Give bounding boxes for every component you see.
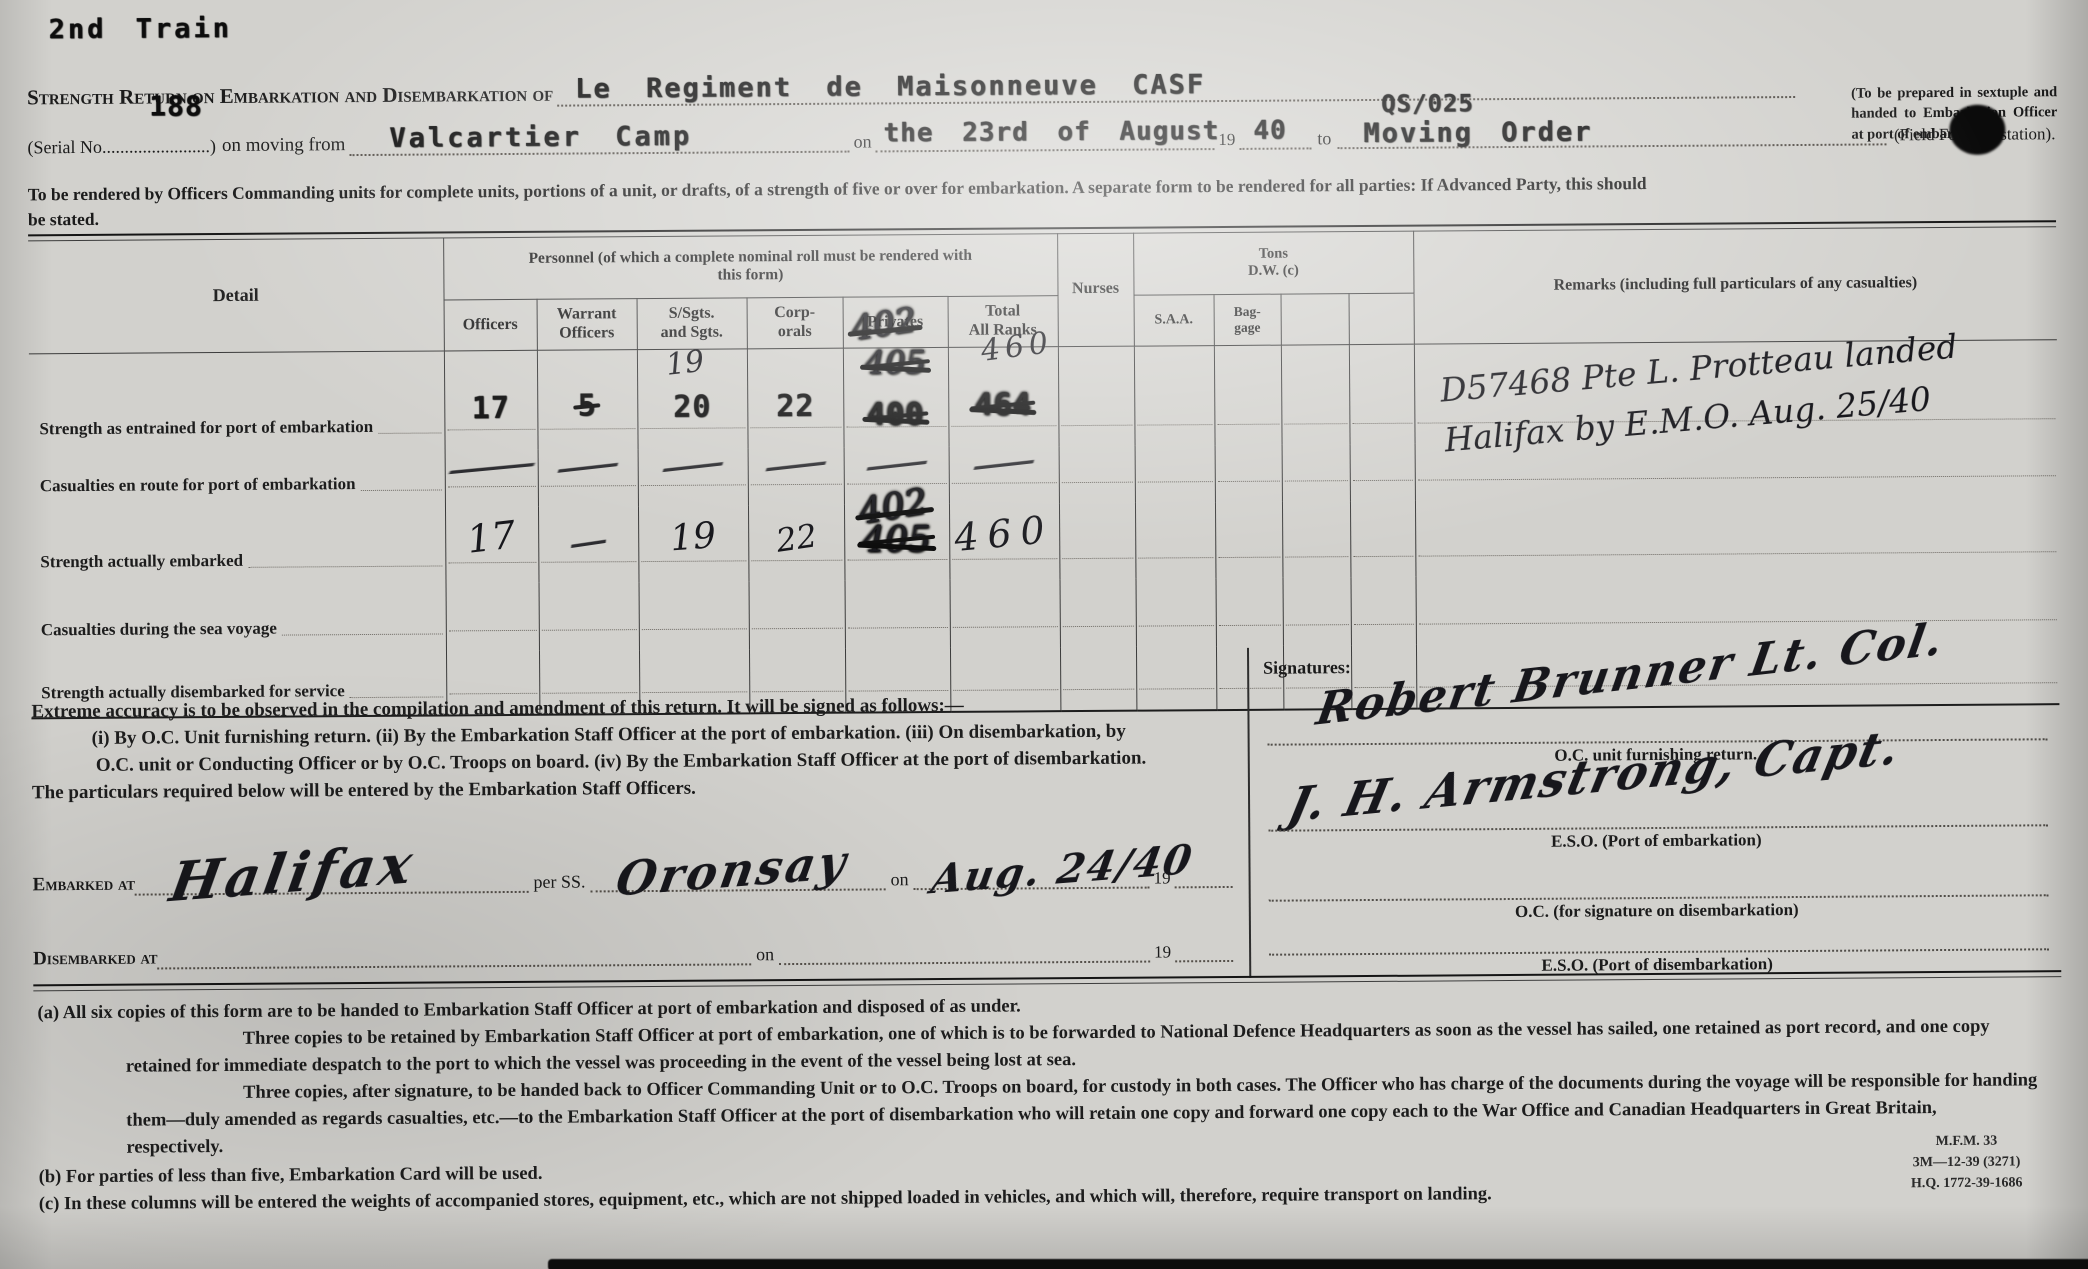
empty-cell xyxy=(539,582,639,651)
empty-cell xyxy=(639,581,749,650)
table-header-row-1: Detail Personnel (of which a complete no… xyxy=(28,226,2057,303)
table-row: Strength as entrained for port of embark… xyxy=(29,340,2058,454)
nurses-header: Nurses xyxy=(1057,233,1134,347)
corporals-entrained-value: 22 xyxy=(776,389,814,424)
footnotes: (a) All six copies of this form are to b… xyxy=(37,986,2062,1218)
warrant-entrained-struck-value: 5 xyxy=(578,388,597,423)
unit-name-line: Le Regiment de Maisonneuve CASF xyxy=(557,66,1795,107)
baggage-cell xyxy=(1215,502,1283,578)
ssgts-embarked-cell: 19 xyxy=(638,505,749,582)
moving-from-label: on moving from xyxy=(222,134,346,157)
total-struck-typed-value: 464 xyxy=(975,387,1032,422)
train-annotation: 2nd Train xyxy=(49,13,233,45)
signatures-section: Signatures: Robert Brunner Lt. Col. O.C.… xyxy=(1247,642,2063,978)
dash-entry: — xyxy=(861,444,931,484)
col-officers: Officers xyxy=(444,299,537,351)
row-label-cell: Casualties en route for port of embarkat… xyxy=(30,450,445,510)
row-label: Strength as entrained for port of embark… xyxy=(39,417,373,439)
tons-blank-cell xyxy=(1282,444,1350,501)
date-typed: the 23rd of August xyxy=(883,116,1219,148)
dash-entry: — xyxy=(657,445,727,485)
embarked-place-line: Halifax xyxy=(135,851,529,896)
empty-cell xyxy=(749,581,845,650)
warrant-embarked-cell: — xyxy=(538,506,639,583)
dash-entry: — xyxy=(442,446,540,488)
empty-cell xyxy=(845,580,950,649)
empty-cell xyxy=(950,579,1061,648)
form-ref: H.Q. 1772-39-1686 xyxy=(1867,1172,2067,1194)
saa-cell xyxy=(1135,502,1216,579)
saa-cell xyxy=(1136,578,1216,647)
accuracy-paragraph: Extreme accuracy is to be observed in th… xyxy=(31,690,1232,806)
officers-entrained-cell: 17 xyxy=(444,350,538,450)
dash-entry: — xyxy=(760,444,830,484)
disembarked-on-label: on xyxy=(756,944,774,965)
officers-entrained-value: 17 xyxy=(472,391,510,426)
privates-entrained-cell: 402 405 400 xyxy=(843,347,949,447)
remarks-cell xyxy=(1415,496,2059,576)
baggage-cell xyxy=(1215,445,1282,502)
unit-name-typed: Le Regiment de Maisonneuve CASF xyxy=(575,69,1205,104)
row-label-cell: Strength as entrained for port of embark… xyxy=(29,351,445,453)
ssgts-handwritten-correction: 19 xyxy=(664,344,706,383)
table-row: Strength actually embarked 17 — 19 22 40… xyxy=(30,496,2059,586)
row-label: Casualties en route for port of embarkat… xyxy=(40,474,356,496)
scan-edge-artifact xyxy=(548,1259,2088,1269)
row-label-cell: Casualties during the sea voyage xyxy=(31,583,446,654)
year-typed: 40 xyxy=(1253,116,1287,146)
baggage-cell xyxy=(1216,578,1283,646)
remarks-cell: D57468 Pte L. Protteau landed Halifax by… xyxy=(1414,340,2058,444)
embarked-on-label: on xyxy=(890,869,908,890)
moving-order-typed-block: QS/025 Moving Order xyxy=(1363,88,1592,149)
col-tons-blank-2 xyxy=(1349,293,1414,344)
year-printed: 19 xyxy=(1218,130,1235,150)
form-ref: M.F.M. 33 xyxy=(1866,1130,2066,1152)
nurses-cell xyxy=(1059,503,1136,580)
col-baggage: Bag- gage xyxy=(1214,294,1281,345)
leader-dots xyxy=(248,564,442,568)
dash-entry: — xyxy=(552,446,622,486)
leader-dots xyxy=(378,431,441,434)
order-ref-typed: QS/025 xyxy=(1381,88,1592,117)
ssgts-entrained-value: 20 xyxy=(673,390,711,425)
ssgts-casualties-cell: — xyxy=(638,448,748,506)
leader-dots xyxy=(361,488,442,492)
tons-blank-cell xyxy=(1282,501,1351,577)
dash-entry: — xyxy=(566,523,610,561)
signatures-heading: Signatures: xyxy=(1263,657,1351,679)
year-line: 40 xyxy=(1239,117,1311,150)
corporals-casualties-cell: — xyxy=(748,448,844,506)
disembark-year-line xyxy=(1175,936,1233,962)
ink-blot xyxy=(1949,105,2005,155)
col-ssgts: S/Sgts. and Sgts. xyxy=(637,298,747,350)
saa-cell xyxy=(1134,346,1215,446)
per-ss-label: per SS. xyxy=(533,871,585,892)
empty-cell xyxy=(446,583,539,652)
tons-blank-cell xyxy=(1281,345,1350,445)
serial-line: (Serial No........................) on m… xyxy=(27,100,2055,158)
nurses-cell xyxy=(1058,346,1135,446)
embarked-at-label: Embarked at xyxy=(33,874,136,897)
oc-disembarkation-caption: O.C. (for signature on disembarkation) xyxy=(1251,898,2063,924)
ship-name-handwritten: Oronsay xyxy=(612,834,852,907)
corporals-embarked-value: 22 xyxy=(773,516,819,560)
disembarked-line: Disembarked at on 19 xyxy=(33,932,1233,970)
tons-blank-cell xyxy=(1350,444,1415,501)
privates-struck-typed-value: 400 xyxy=(867,402,924,430)
personnel-header: Personnel (of which a complete nominal r… xyxy=(443,233,1057,300)
remarks-cell xyxy=(1416,572,2059,644)
row-label-cell: Strength actually embarked xyxy=(30,507,446,586)
ssgts-embarked-value: 19 xyxy=(669,515,718,559)
warrant-casualties-cell: — xyxy=(538,449,638,507)
saa-cell xyxy=(1135,445,1215,503)
ship-name-line: Oronsay xyxy=(590,848,885,892)
eso-signature-handwritten: J. H. Armstrong, Capt. xyxy=(1283,720,1907,833)
embark-date-handwritten: Aug. 24/40 xyxy=(928,836,1197,904)
on-label: on xyxy=(854,131,872,152)
form-ref: 3M—12-39 (3271) xyxy=(1867,1151,2067,1173)
disembarked-at-label: Disembarked at xyxy=(33,947,158,970)
col-warrant-officers: Warrant Officers xyxy=(537,299,637,351)
origin-line: Valcartier Camp xyxy=(349,121,849,156)
serial-label: (Serial No........................) xyxy=(27,136,216,158)
leader-dots xyxy=(282,632,442,636)
disembark-year-printed: 19 xyxy=(1154,942,1171,962)
corporals-embarked-cell: 22 xyxy=(748,505,845,582)
corporals-entrained-cell: 22 xyxy=(747,348,844,448)
baggage-cell xyxy=(1214,345,1282,445)
col-saa: S.A.A. xyxy=(1134,295,1214,347)
detail-header: Detail xyxy=(28,237,444,353)
date-line: the 23rd of August xyxy=(875,118,1214,152)
col-corporals: Corp- orals xyxy=(747,297,843,349)
col-tons-blank-1 xyxy=(1281,294,1349,345)
total-casualties-cell: — xyxy=(949,446,1059,504)
embarked-line: Embarked at Halifax per SS. Oronsay on A… xyxy=(32,840,1232,896)
nurses-cell xyxy=(1060,579,1136,648)
privates-embarked-cell: 402 405 xyxy=(844,504,950,581)
tons-blank-cell xyxy=(1351,577,1417,645)
embark-date-line: Aug. 24/40 xyxy=(913,847,1149,891)
embarked-place-handwritten: Halifax xyxy=(166,831,422,915)
officers-casualties-cell: — xyxy=(445,450,538,508)
to-label: to xyxy=(1317,128,1331,149)
form-content: 2nd Train Strength Return on Embarkation… xyxy=(0,0,2088,1269)
origin-typed: Valcartier Camp xyxy=(389,121,692,154)
form-reference-block: M.F.M. 33 3M—12-39 (3271) H.Q. 1772-39-1… xyxy=(1866,1130,2066,1194)
disembark-date-line xyxy=(779,937,1150,966)
disembarked-place-line xyxy=(157,939,751,969)
eso-embarkation-caption: E.S.O. (Port of embarkation) xyxy=(1250,828,2062,854)
scanned-form-page: 2nd Train Strength Return on Embarkation… xyxy=(0,0,2088,1269)
total-embarked-cell: 460 xyxy=(949,503,1060,580)
form-title: Strength Return on Embarkation and Disem… xyxy=(27,82,553,111)
total-entrained-cell: 460 464 xyxy=(948,347,1059,447)
embark-year-line xyxy=(1174,846,1232,888)
nurses-cell xyxy=(1059,446,1135,504)
tons-blank-cell xyxy=(1283,577,1351,645)
total-embarked-value: 460 xyxy=(953,507,1056,560)
warrant-entrained-cell: 5 xyxy=(537,350,638,450)
destination-line: QS/025 Moving Order xyxy=(1337,113,1886,149)
dash-entry: — xyxy=(968,443,1038,483)
ssgts-entrained-cell: 19 20 xyxy=(637,349,748,449)
officers-embarked-value: 17 xyxy=(465,513,518,562)
row-label: Strength actually embarked xyxy=(40,551,243,572)
row-label: Casualties during the sea voyage xyxy=(41,619,277,641)
tons-blank-cell xyxy=(1349,344,1415,444)
tons-header: Tons D.W. (c) xyxy=(1133,231,1413,295)
officers-embarked-cell: 17 xyxy=(445,507,539,584)
order-name-typed: Moving Order xyxy=(1363,116,1592,149)
privates-struck-hand-value: 405 xyxy=(865,348,926,378)
tons-blank-cell xyxy=(1350,501,1416,577)
